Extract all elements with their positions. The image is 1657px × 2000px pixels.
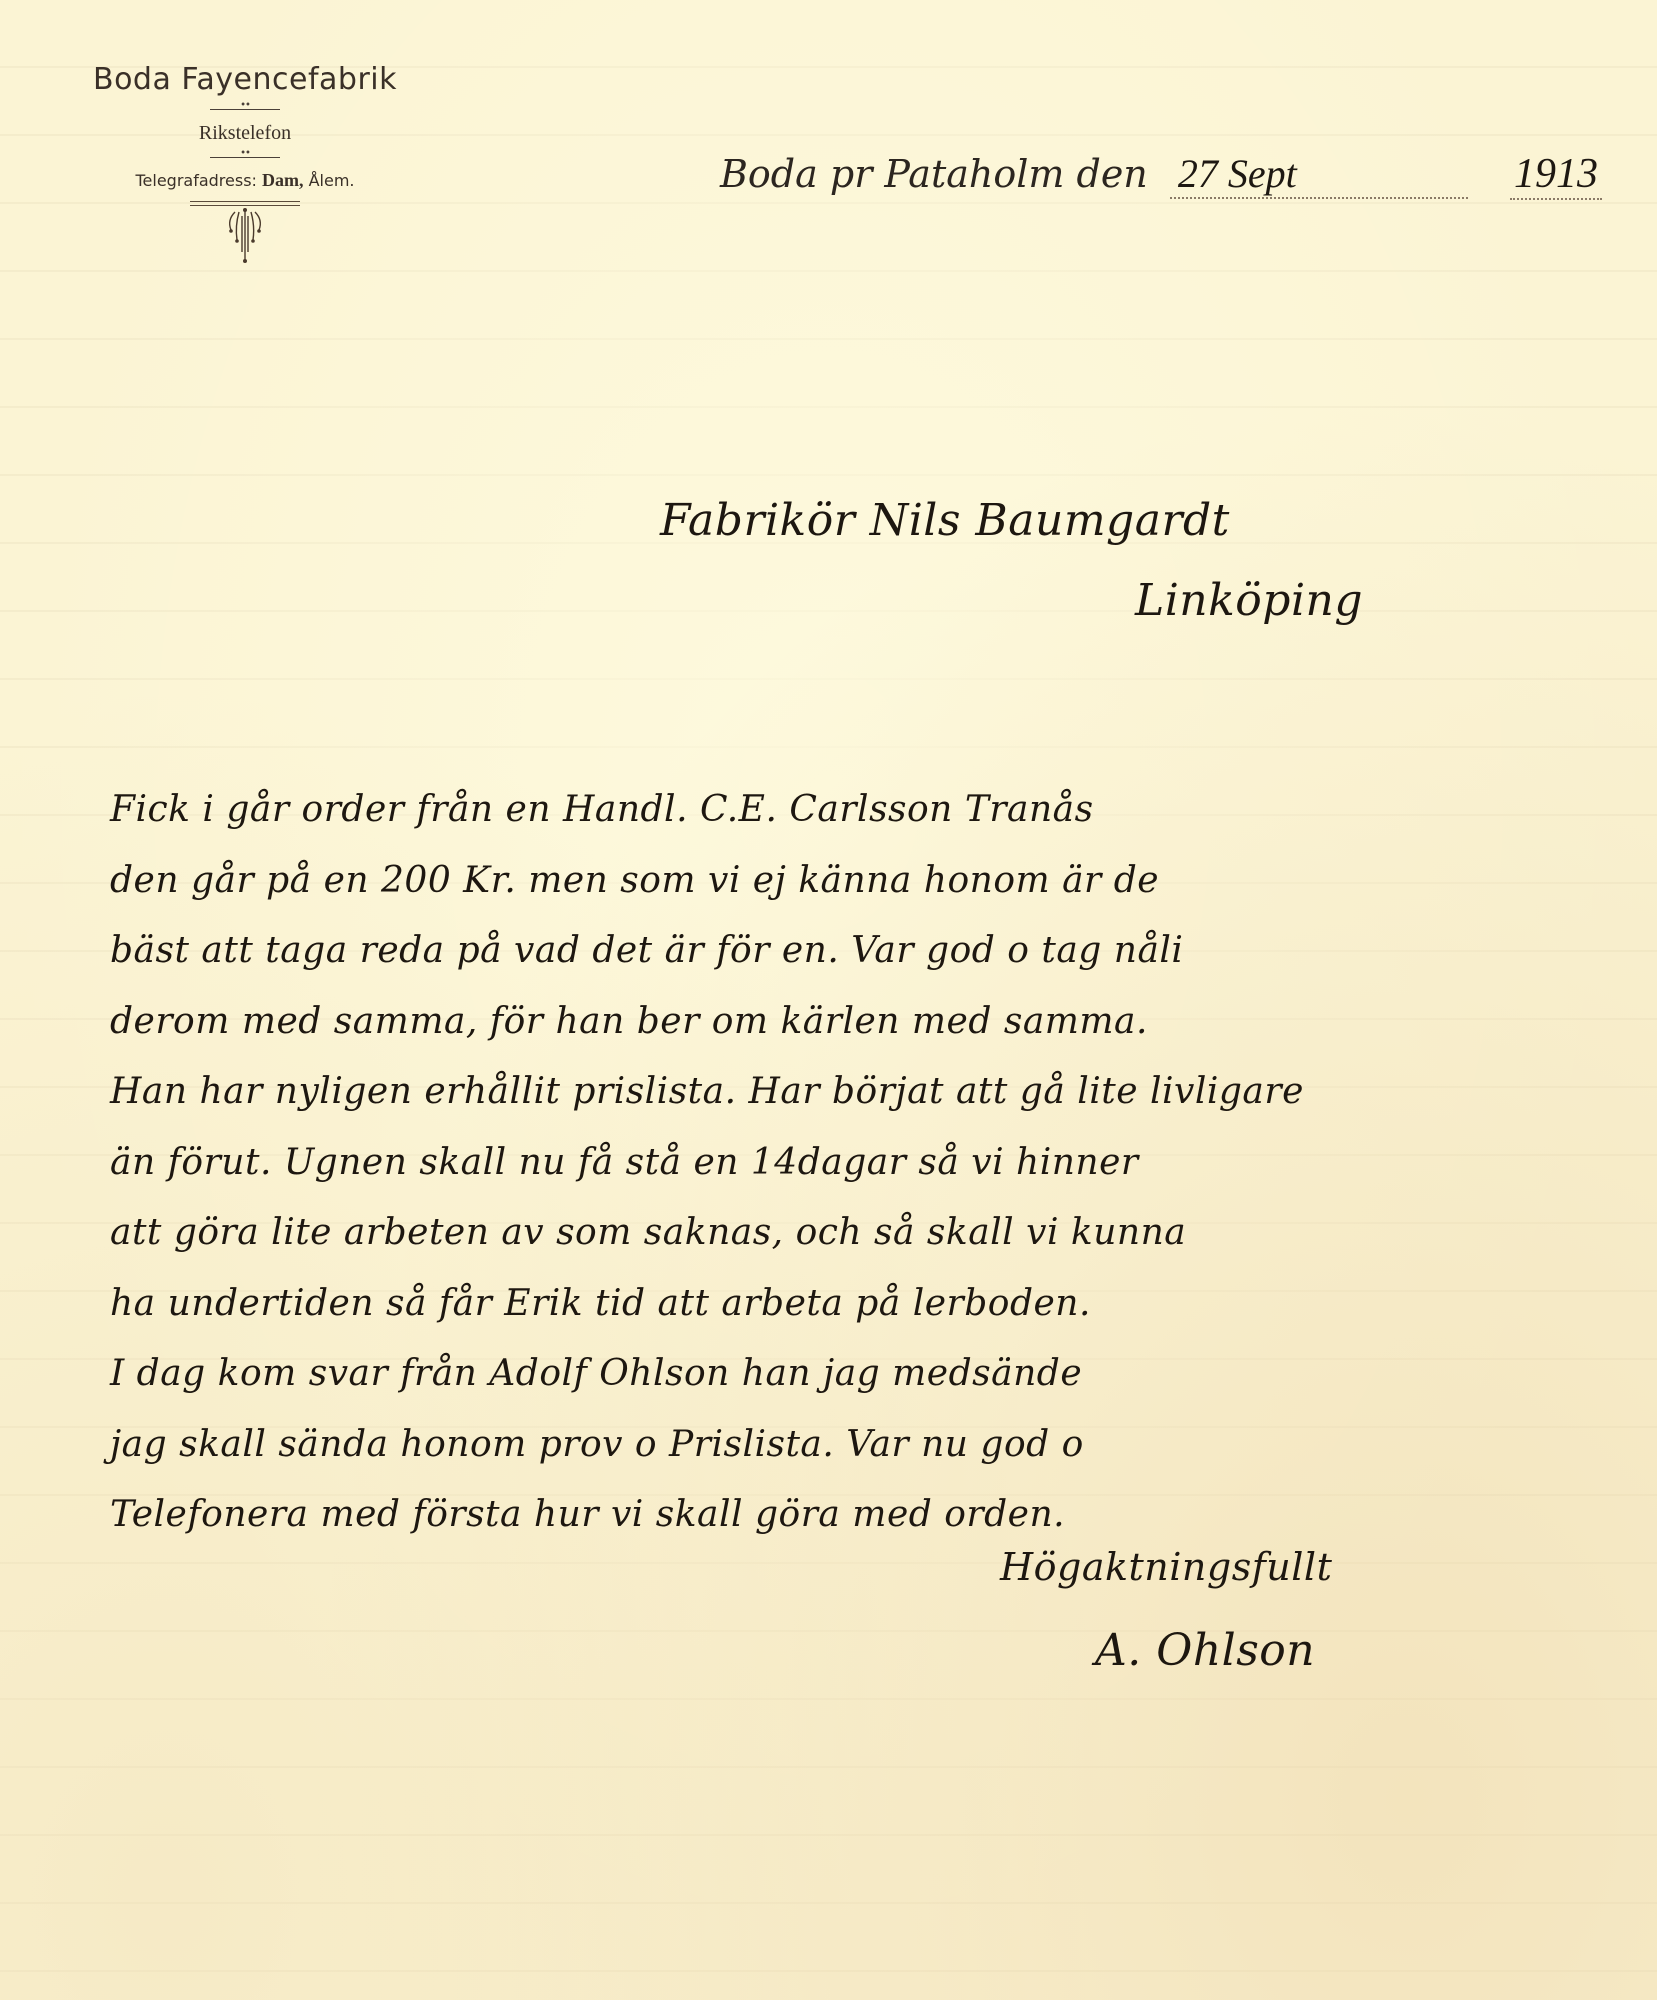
body-line: den går på en 200 Kr. men som vi ej känn… bbox=[110, 846, 1590, 917]
letter-body: Fick i går order från en Handl. C.E. Car… bbox=[110, 775, 1590, 1551]
telegraph-place: Ålem. bbox=[309, 171, 355, 190]
body-line: Han har nyligen erhållit prislista. Har … bbox=[110, 1057, 1590, 1128]
divider bbox=[210, 157, 280, 158]
body-line: bäst att taga reda på vad det är för en.… bbox=[110, 916, 1590, 987]
printed-place: Boda pr Pataholm den bbox=[720, 152, 1148, 196]
dateline: Boda pr Pataholm den 27 Sept 1913 bbox=[720, 150, 1600, 200]
telegraph-address: Dam, bbox=[262, 170, 304, 190]
letterhead: Boda Fayencefabrik Rikstelefon Telegrafa… bbox=[70, 62, 420, 266]
phone-label: Rikstelefon bbox=[70, 122, 420, 145]
body-line: jag skall sända honom prov o Prislista. … bbox=[110, 1410, 1590, 1481]
recipient-city: Linköping bbox=[1135, 575, 1363, 626]
recipient-name: Fabrikör Nils Baumgardt bbox=[660, 495, 1230, 546]
body-line: derom med samma, för han ber om kärlen m… bbox=[110, 987, 1590, 1058]
body-line: I dag kom svar från Adolf Ohlson han jag… bbox=[110, 1339, 1590, 1410]
company-name: Boda Fayencefabrik bbox=[70, 62, 420, 97]
telegraph-label: Telegrafadress: bbox=[135, 171, 256, 190]
divider bbox=[210, 109, 280, 110]
art-nouveau-flourish-icon bbox=[215, 206, 275, 266]
body-line: att göra lite arbeten av som saknas, och… bbox=[110, 1198, 1590, 1269]
handwritten-date: 27 Sept bbox=[1170, 150, 1468, 199]
handwritten-year: 1913 bbox=[1510, 150, 1602, 200]
body-line: än förut. Ugnen skall nu få stå en 14dag… bbox=[110, 1128, 1590, 1199]
signature: A. Ohlson bbox=[1095, 1625, 1315, 1676]
body-line: ha undertiden så får Erik tid att arbeta… bbox=[110, 1269, 1590, 1340]
valediction: Högaktningsfullt bbox=[1000, 1545, 1332, 1589]
body-line: Fick i går order från en Handl. C.E. Car… bbox=[110, 775, 1590, 846]
telegraph-line: Telegrafadress: Dam, Ålem. bbox=[70, 170, 420, 191]
body-line: Telefonera med första hur vi skall göra … bbox=[110, 1480, 1590, 1551]
